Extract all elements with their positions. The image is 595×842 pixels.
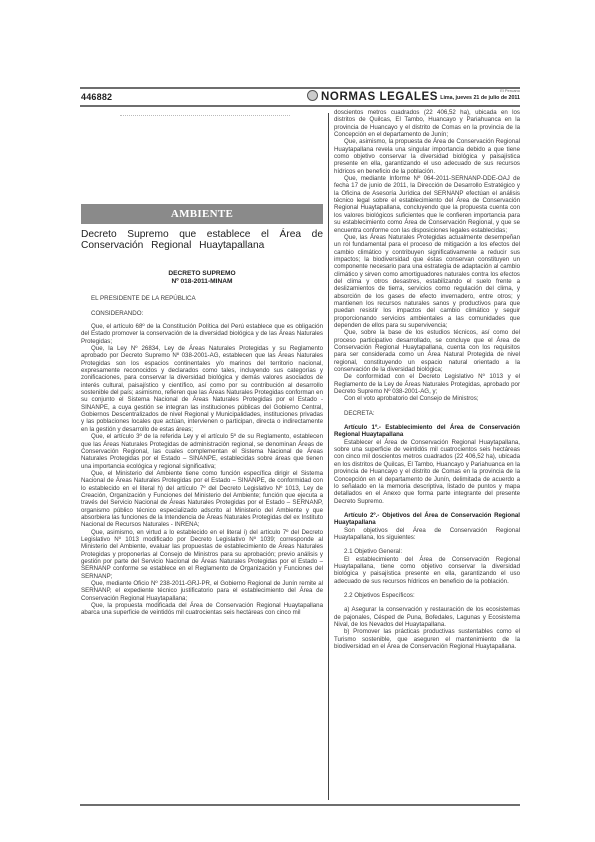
considerando-label: CONSIDERANDO:: [91, 310, 143, 317]
page-number: 446882: [81, 92, 112, 102]
article-1-body: Establecer el Área de Conservación Regio…: [334, 439, 520, 505]
footer-rule: [80, 804, 520, 806]
paragraph: Que, el artículo 3º de la referida Ley y…: [81, 433, 323, 470]
specific-objective-a: a) Asegurar la conservación y restauraci…: [334, 606, 520, 628]
decree-title: Decreto Supremo que establece el Área de…: [81, 229, 323, 251]
decree-heading: DECRETO SUPREMO Nº 018-2011-MINAM: [81, 270, 323, 285]
paragraph: De conformidad con el Decreto Legislativ…: [334, 373, 520, 395]
header-bottom-rule: [80, 105, 520, 107]
paragraph: Que, asimismo, en virtud a lo establecid…: [81, 529, 323, 580]
paragraph: Que, mediante Informe Nº 064-2011-SERNAN…: [334, 175, 520, 234]
left-column: Que, el artículo 68º de la Constitución …: [81, 323, 323, 617]
section-banner: AMBIENTE: [81, 204, 323, 224]
coat-of-arms-icon: [307, 90, 318, 101]
paragraph: Que, la propuesta modificada del Área de…: [81, 602, 323, 617]
paragraph: Con el voto aprobatorio del Consejo de M…: [334, 395, 520, 402]
banner-label: AMBIENTE: [81, 204, 323, 224]
president-line: EL PRESIDENTE DE LA REPÚBLICA: [91, 295, 196, 302]
paragraph: Que, el Ministerio del Ambiente tiene co…: [81, 470, 323, 529]
specific-objectives-heading: 2.2 Objetivos Específicos:: [334, 592, 520, 599]
newspaper-name: El Peruano: [500, 88, 520, 93]
column-divider: [328, 113, 329, 800]
specific-objective-b: b) Promover las prácticas productivas su…: [334, 628, 520, 650]
article-1-title: Artículo 1º.- Establecimiento del Área d…: [334, 424, 520, 439]
section-label: NORMAS LEGALES: [321, 91, 438, 103]
paragraph: Que, el artículo 68º de la Constitución …: [81, 323, 323, 345]
decreta-label: DECRETA:: [334, 410, 520, 417]
paragraph-continuation: doscientos metros cuadrados (22 406,52 h…: [334, 109, 520, 138]
section-title: NORMAS LEGALES: [307, 90, 438, 103]
general-objective-heading: 2.1 Objetivo General:: [334, 548, 520, 555]
decree-number: Nº 018-2011-MINAM: [81, 278, 323, 286]
general-objective-body: El establecimiento del Área de Conservac…: [334, 556, 520, 585]
publication-date: Lima, jueves 21 de julio de 2011: [440, 95, 520, 101]
paragraph: Que, asimismo, la propuesta de Área de C…: [334, 138, 520, 175]
paragraph: Que, sobre la base de los estudios técni…: [334, 329, 520, 373]
dotted-rule: [120, 115, 290, 117]
right-column: doscientos metros cuadrados (22 406,52 h…: [334, 109, 520, 650]
paragraph: Que, la Ley Nº 26834, Ley de Áreas Natur…: [81, 345, 323, 433]
article-2-title: Artículo 2º.- Objetivos del Área de Cons…: [334, 512, 520, 527]
decree-type: DECRETO SUPREMO: [81, 270, 323, 278]
paragraph: Que, mediante Oficio Nº 238-2011-GRJ-PR,…: [81, 580, 323, 602]
article-2-body: Son objetivos del Área de Conservación R…: [334, 527, 520, 542]
paragraph: Que, las Áreas Naturales Protegidas actu…: [334, 234, 520, 329]
page-header: 446882 NORMAS LEGALES El Peruano Lima, j…: [80, 89, 520, 105]
